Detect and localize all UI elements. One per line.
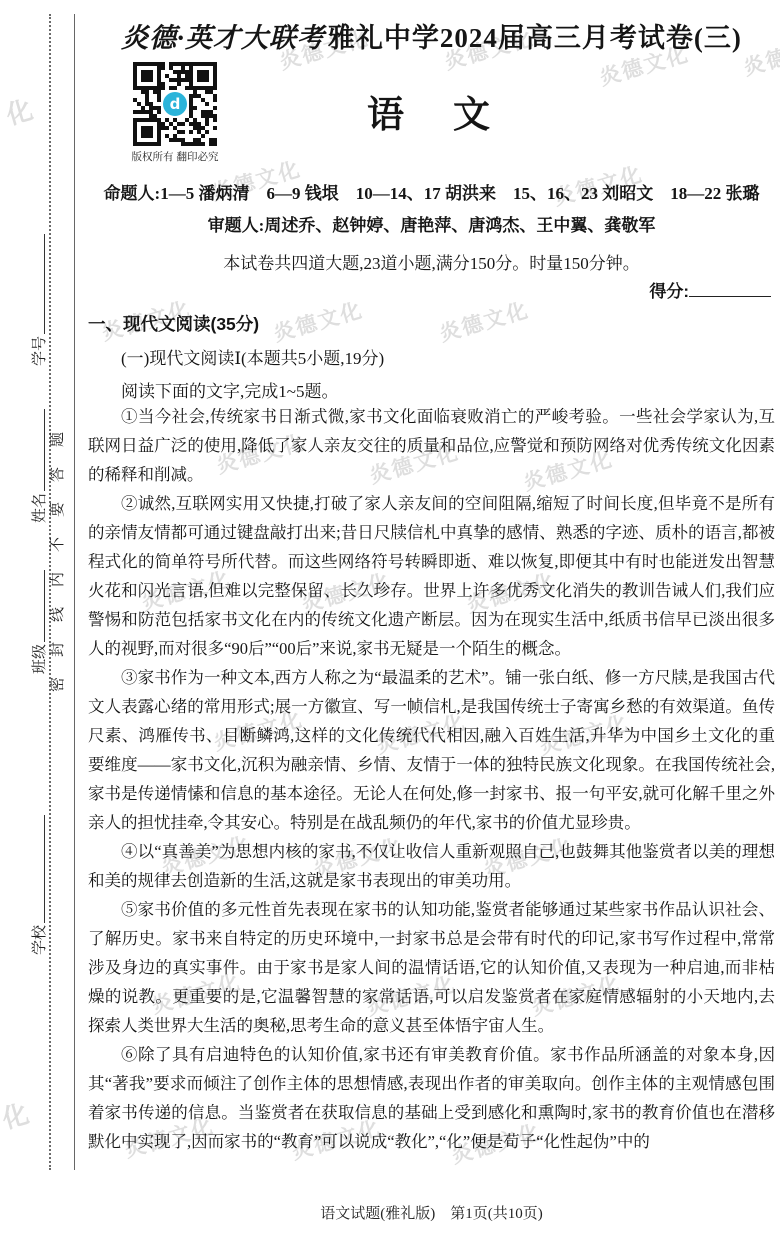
student-id-label: 学号 — [28, 336, 49, 366]
subsection-heading: (一)现代文阅读Ⅰ(本题共5小题,19分) — [121, 344, 384, 369]
page-footer: 语文试题(雅礼版) 第1页(共10页) — [88, 1202, 775, 1223]
passage-paragraph: ②诚然,互联网实用又快捷,打破了家人亲友间的空间阻隔,缩短了时间长度,但毕竟不是… — [88, 489, 775, 663]
qr-caption: 版权所有 翻印必究 — [116, 149, 234, 164]
student-school-label: 学校 — [28, 925, 49, 955]
watermark-text: 化 — [0, 1093, 35, 1136]
reading-passage: ①当今社会,传统家书日渐式微,家书文化面临衰败消亡的严峻考验。一些社会学家认为,… — [88, 402, 775, 1156]
score-field: 得分: — [649, 277, 771, 302]
passage-paragraph: ⑤家书价值的多元性首先表现在家书的认知功能,鉴赏者能够通过某些家书作品认识社会、… — [88, 895, 775, 1040]
content-column: 炎德·英才大联考雅礼中学2024届高三月考试卷(三) d 版权所有 翻印必究 语… — [88, 0, 775, 1235]
section-heading: 一、现代文阅读(35分) — [88, 311, 259, 336]
title-school: 雅礼中学2024届高三月考试卷(三) — [328, 23, 742, 53]
student-name-blank — [31, 409, 45, 491]
passage-paragraph: ④以“真善美”为思想内核的家书,不仅让收信人重新观照自己,也鼓舞其他鉴赏者以美的… — [88, 837, 775, 895]
exam-info-line: 本试卷共四道大题,23道小题,满分150分。时量150分钟。 — [88, 249, 775, 274]
seal-text: 密封线内不要答题 — [46, 412, 68, 692]
student-class-blank — [31, 570, 45, 642]
student-school-blank — [31, 815, 45, 923]
passage-paragraph: ⑥除了具有启迪特色的认知价值,家书还有审美教育价值。家书作品所涵盖的对象本身,因… — [88, 1040, 775, 1156]
exam-page: 炎德文化炎德文化炎德文化炎德文化炎德文化炎德文化炎德文化炎德文化炎德文化炎德文化… — [0, 0, 780, 1235]
student-id-blank — [31, 234, 45, 334]
page-title: 炎德·英才大联考雅礼中学2024届高三月考试卷(三) — [88, 16, 775, 55]
subject-title: 语 文 — [88, 84, 775, 138]
score-label: 得分: — [649, 282, 689, 301]
reviewers-line: 审题人:周述乔、赵钟婷、唐艳萍、唐鸿杰、王中翼、龚敬军 — [88, 211, 775, 236]
reading-instruction: 阅读下面的文字,完成1~5题。 — [121, 377, 338, 402]
setters-line: 命题人:1—5 潘炳清 6—9 钱垠 10—14、17 胡洪来 15、16、23… — [88, 179, 775, 204]
student-id-field: 学号 — [27, 215, 49, 385]
watermark-text: 化 — [1, 89, 38, 132]
student-school-field: 学校 — [27, 797, 49, 973]
passage-paragraph: ①当今社会,传统家书日渐式微,家书文化面临衰败消亡的严峻考验。一些社会学家认为,… — [88, 402, 775, 489]
title-brand: 炎德·英才大联考 — [121, 23, 325, 53]
seal-solid-line — [74, 14, 75, 1170]
passage-paragraph: ③家书作为一种文本,西方人称之为“最温柔的艺术”。铺一张白纸、修一方尺牍,是我国… — [88, 663, 775, 837]
score-blank — [689, 282, 771, 297]
